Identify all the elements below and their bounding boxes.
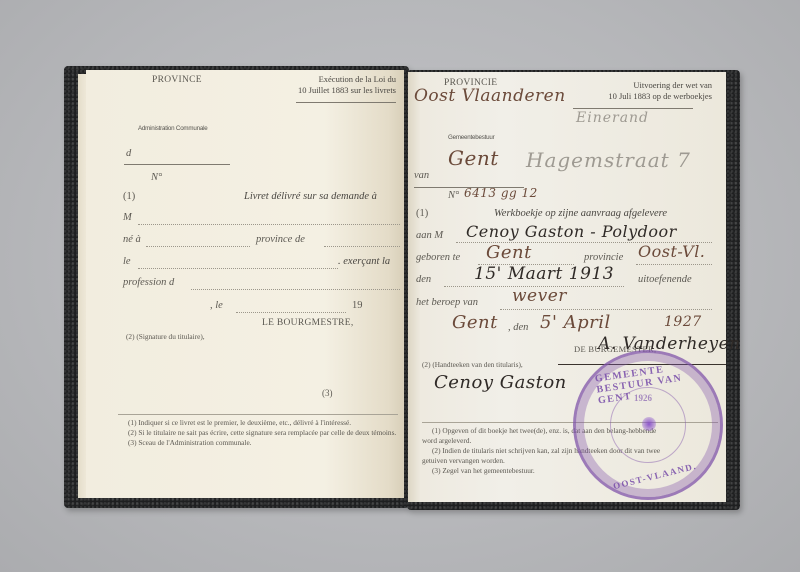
name-handwritten: Cenoy Gaston - Polydoor	[466, 222, 677, 241]
exercant-label: . exerçant la	[338, 256, 390, 267]
law-reference-dutch: Uitvoering der wet van 10 Juli 1883 op d…	[608, 80, 712, 102]
birth-date-handwritten: 15' Maart 1913	[474, 264, 614, 284]
provincie-handwritten: Oost Vlaanderen	[414, 86, 566, 106]
den-label: den	[416, 274, 431, 285]
uitoefenende-label: uitoefenende	[638, 274, 692, 285]
open-workbook: PROVINCE Exécution de la Loi du 10 Juill…	[64, 66, 740, 510]
note1-marker: (1)	[123, 191, 135, 202]
right-page-dutch: PROVINCIE Oost Vlaanderen Uitvoering der…	[408, 72, 726, 502]
born-at-field	[146, 246, 250, 247]
footnote-3: (3) Sceau de l'Administration communale.	[118, 438, 400, 448]
born-at-label: né à	[123, 234, 141, 245]
provincie-field	[636, 264, 712, 265]
note1-marker: (1)	[416, 208, 428, 219]
beroep-handwritten: wever	[512, 286, 567, 306]
mayor-label: LE BOURGMESTRE,	[262, 318, 354, 328]
admin-communale-label: Administration Communale	[138, 125, 207, 132]
province-field	[324, 246, 400, 247]
provincie-handwritten-value: Oost-Vl.	[638, 242, 705, 261]
number-handwritten: 6413 gg 12	[464, 186, 538, 200]
number-label: N°	[448, 190, 459, 201]
den-label-2: , den	[508, 322, 528, 333]
handteeken-label: (2) (Handteeken van den titularis),	[422, 360, 523, 370]
le-label: le	[123, 256, 131, 267]
footnote-2: (2) Si le titulaire ne sait pas écrire, …	[118, 428, 400, 438]
seal-bottom-text: OOST-VLAAND.	[612, 461, 698, 491]
born-handwritten: Gent	[486, 242, 532, 263]
issued-text-dutch: Werkboekje op zijne aanvraag afgelevere	[494, 208, 667, 219]
date-le-label: , le	[210, 300, 223, 311]
signing-date-field	[236, 312, 346, 313]
place-handwritten: Gent	[452, 312, 498, 333]
gemeentebestuur-label: Gemeentebestuur	[448, 134, 495, 141]
mayor-signature: A. Vanderheyen	[598, 334, 741, 354]
geboren-label: geboren te	[416, 252, 460, 263]
law-underline	[573, 108, 693, 109]
law-line-1: Exécution de la Loi du	[298, 74, 396, 85]
seal-marker: (3)	[322, 388, 333, 398]
beroep-label: het beroep van	[416, 297, 478, 308]
pencil-note: Einerand	[576, 110, 649, 126]
seal-emblem-icon	[642, 417, 656, 431]
law-line-2: 10 Juli 1883 op de werboekjes	[608, 91, 712, 102]
issue-date-handwritten: 5' April	[540, 312, 611, 333]
law-line-2: 10 Juillet 1883 sur les livrets	[298, 85, 396, 96]
date-field	[138, 268, 338, 269]
year-prefix: 19	[352, 300, 363, 311]
commune-rule	[124, 164, 230, 165]
seal-year: 1926	[634, 393, 652, 403]
issued-text: Livret délivré sur sa demande à	[244, 191, 377, 202]
d-label: d	[126, 148, 131, 159]
footnote-1: (1) Indiquer si ce livret est le premier…	[118, 418, 400, 428]
province-de-label: province de	[256, 234, 305, 245]
municipal-seal-stamp: GEMEENTE BESTUUR VAN GENT 1926 OOST-VLAA…	[573, 350, 723, 500]
holder-signature: Cenoy Gaston	[434, 372, 567, 393]
issue-year-handwritten: 1927	[664, 314, 702, 330]
aan-label: aan M	[416, 230, 443, 241]
law-line-1: Uitvoering der wet van	[608, 80, 712, 91]
profession-label: profession d	[123, 277, 174, 288]
left-page-french: PROVINCE Exécution de la Loi du 10 Juill…	[86, 70, 404, 498]
name-field	[138, 224, 400, 225]
van-handwritten: Gent	[448, 146, 499, 170]
m-label: M	[123, 212, 132, 223]
law-reference: Exécution de la Loi du 10 Juillet 1883 s…	[298, 74, 396, 96]
van-label: van	[414, 170, 429, 181]
profession-field	[191, 289, 400, 290]
beroep-field	[500, 309, 712, 310]
footnotes: (1) Indiquer si ce livret est le premier…	[118, 418, 400, 448]
number-label: N°	[151, 172, 162, 183]
province-label: PROVINCE	[152, 75, 202, 85]
signature-label: (2) (Signature du titulaire),	[126, 332, 205, 342]
law-underline	[296, 102, 396, 103]
address-pencil: Hagemstraat 7	[526, 148, 691, 172]
footnote-divider	[118, 414, 398, 415]
provincie-field-label: provincie	[584, 252, 623, 263]
